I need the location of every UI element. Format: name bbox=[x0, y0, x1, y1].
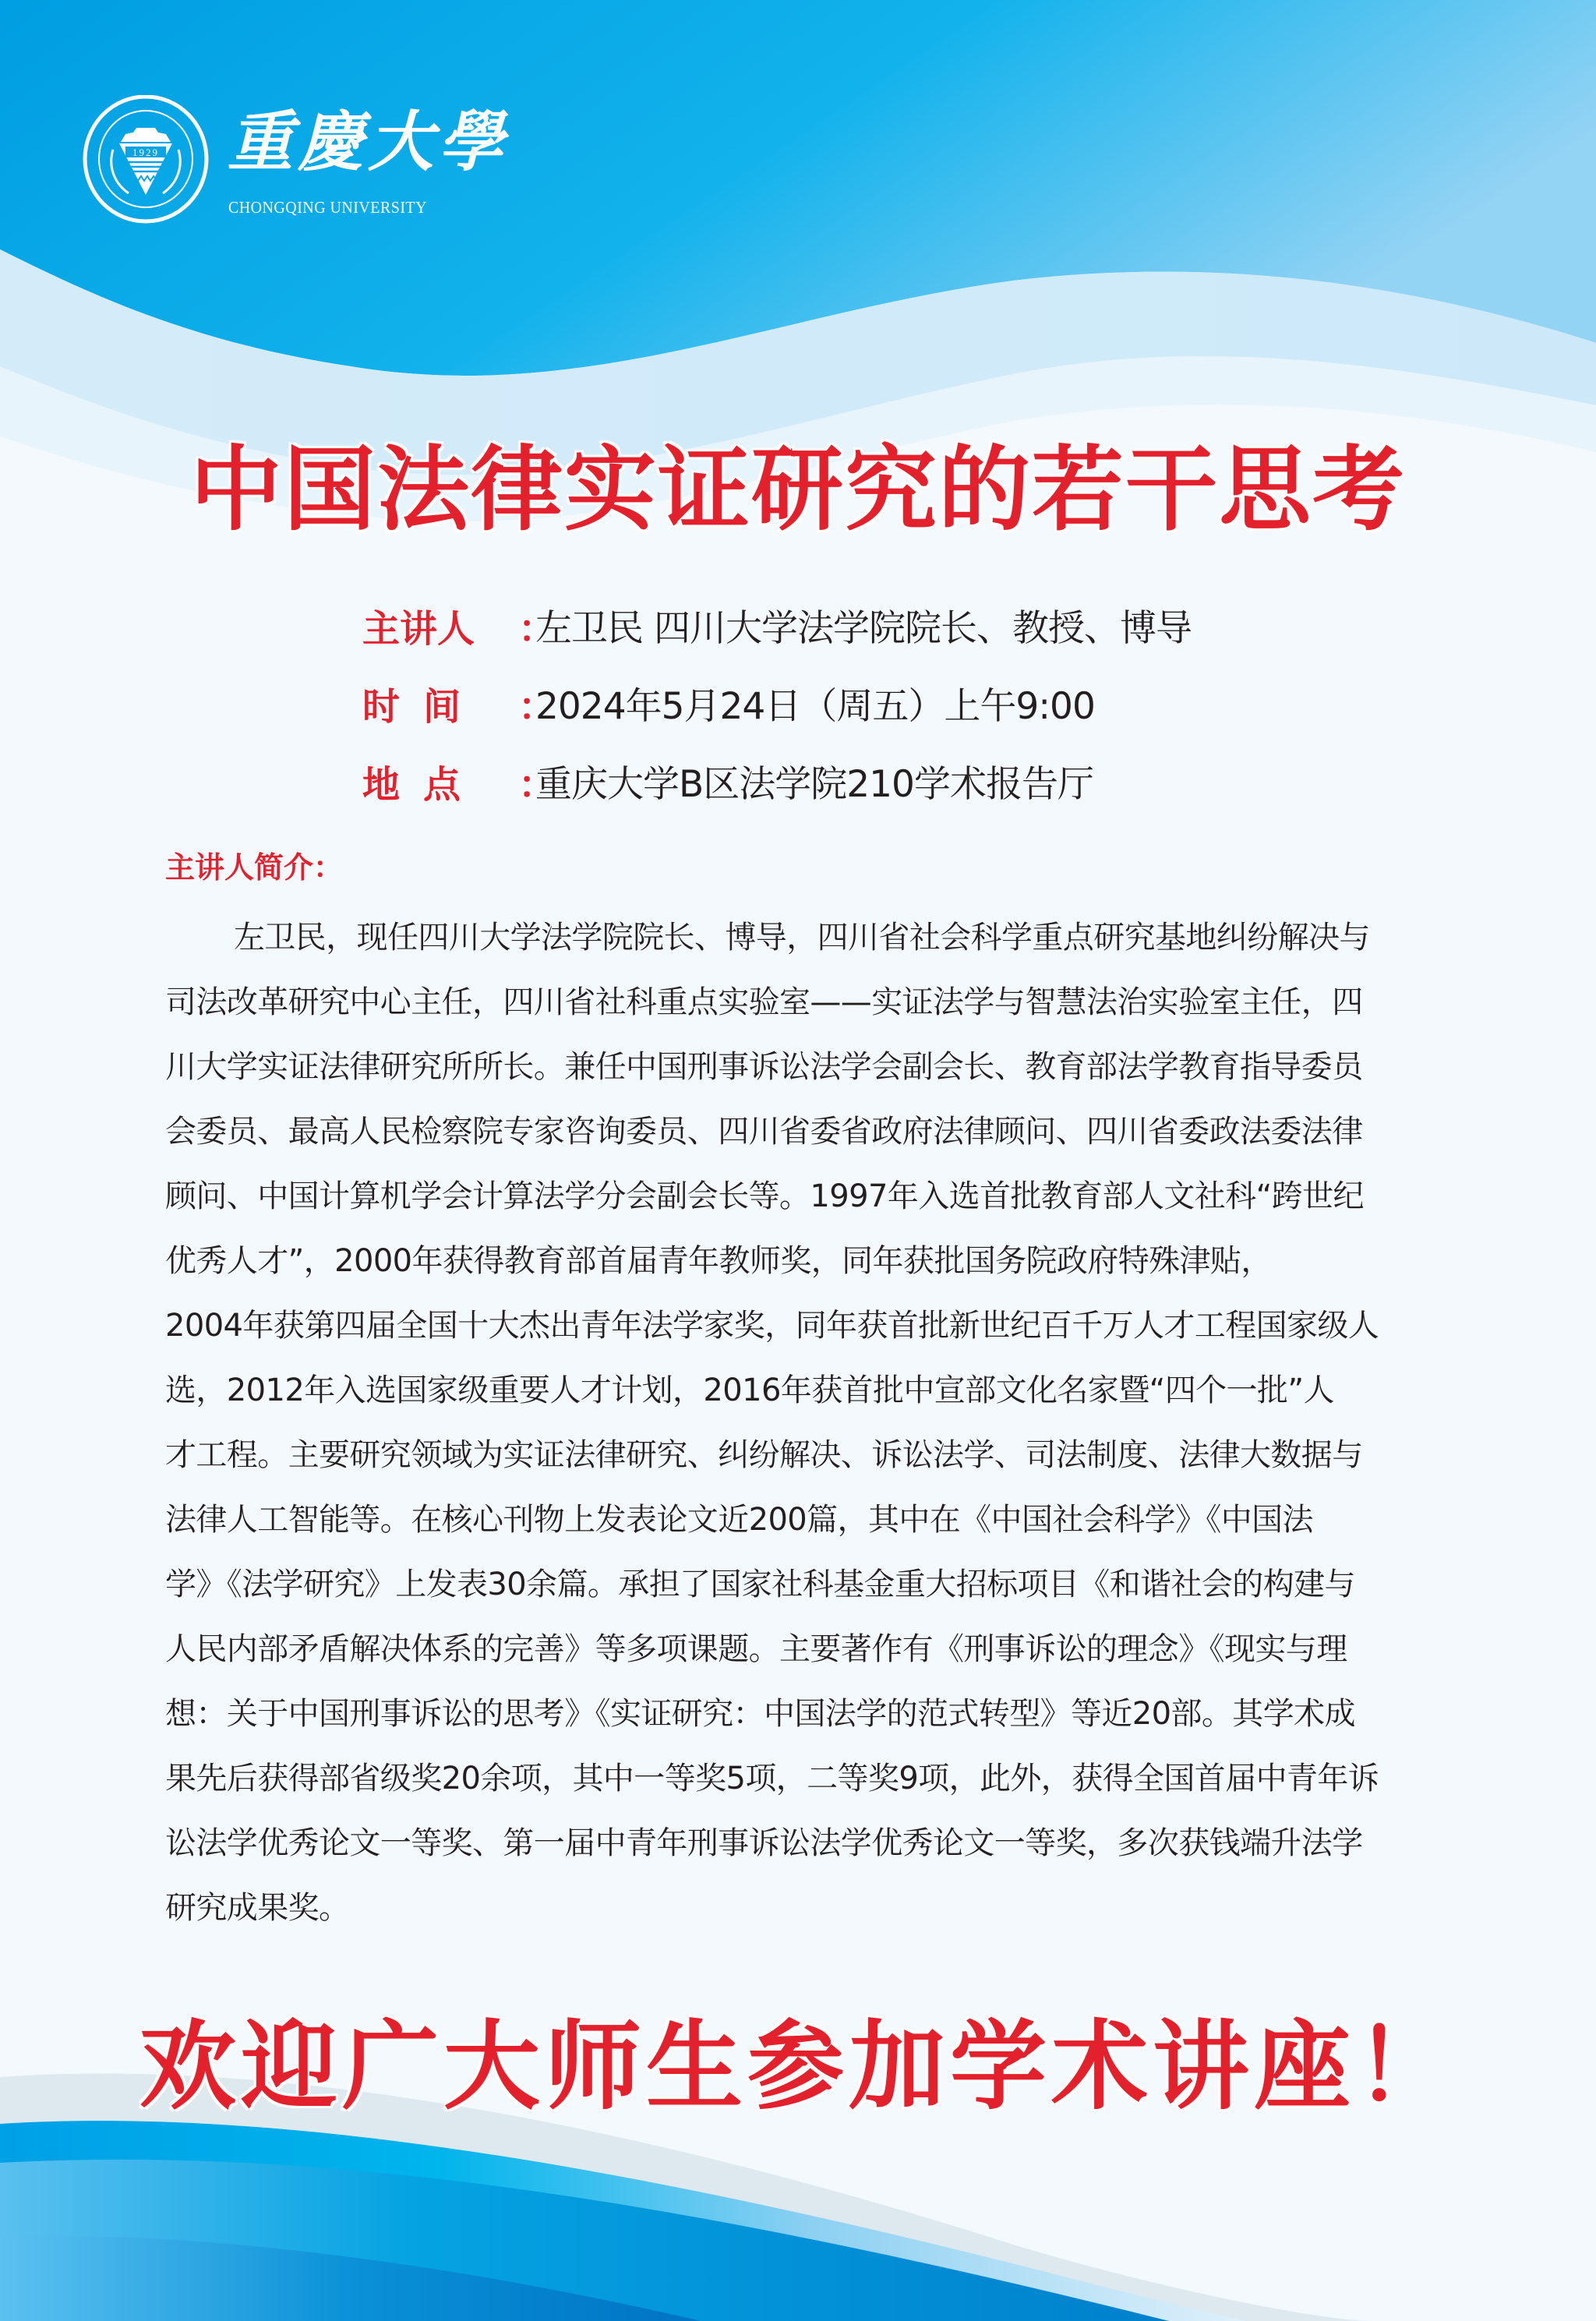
info-value-speaker: 左卫民 四川大学法学院院长、教授、博导 bbox=[535, 599, 1192, 652]
welcome-slogan: 欢迎广大师生参加学术讲座！ bbox=[0, 2005, 1596, 2129]
info-value-time: 2024年5月24日（周五）上午9:00 bbox=[535, 677, 1095, 730]
lecture-info: 主讲人：左卫民 四川大学法学院院长、教授、博导 时间：2024年5月24日（周五… bbox=[362, 586, 1192, 820]
bio-line: 法律人工智能等。在核心刊物上发表论文近200篇，其中在《中国社会科学》《中国法 bbox=[165, 1488, 1432, 1553]
university-seal-icon: 1929 bbox=[82, 95, 210, 224]
bio-line: 会委员、最高人民检察院专家咨询委员、四川省委省政府法律顾问、四川省委政法委法律 bbox=[165, 1100, 1432, 1164]
lecture-title: 中国法律实证研究的若干思考 bbox=[0, 427, 1596, 552]
info-value-location: 重庆大学B区法学院210学术报告厅 bbox=[535, 755, 1093, 807]
university-wordmark-en: CHONGQING UNIVERSITY bbox=[228, 198, 427, 217]
bio-line: 人民内部矛盾解决体系的完善》等多项课题。主要著作有《刑事诉讼的理念》《现实与理 bbox=[165, 1617, 1432, 1682]
info-colon: ： bbox=[518, 754, 535, 808]
speaker-bio: 左卫民，现任四川大学法学院院长、博导，四川省社会科学重点研究基地纠纷解决与 司法… bbox=[165, 906, 1432, 1941]
info-label-speaker: 主讲人 bbox=[362, 599, 518, 652]
info-time: 时间：2024年5月24日（周五）上午9:00 bbox=[362, 664, 1192, 742]
university-logo: 1929 重慶大學 CHONGQING UNIVERSITY bbox=[82, 95, 518, 228]
bio-line: 才工程。主要研究领域为实证法律研究、纠纷解决、诉讼法学、司法制度、法律大数据与 bbox=[165, 1423, 1432, 1488]
info-colon: ： bbox=[518, 677, 535, 730]
info-colon: ： bbox=[518, 599, 535, 652]
info-location: 地点：重庆大学B区法学院210学术报告厅 bbox=[362, 742, 1192, 820]
university-wordmark: 重慶大學 bbox=[228, 109, 508, 175]
svg-text:1929: 1929 bbox=[132, 147, 159, 158]
bio-line: 2004年获第四届全国十大杰出青年法学家奖，同年获首批新世纪百千万人才工程国家级… bbox=[165, 1294, 1432, 1358]
bio-line: 川大学实证法律研究所所长。兼任中国刑事诉讼法学会副会长、教育部法学教育指导委员 bbox=[165, 1035, 1432, 1100]
bio-line: 顾问、中国计算机学会计算法学分会副会长等。1997年入选首批教育部人文社科“跨世… bbox=[165, 1164, 1432, 1229]
info-label-location: 地点 bbox=[362, 754, 518, 808]
bio-line: 选，2012年入选国家级重要人才计划，2016年获首批中宣部文化名家暨“四个一批… bbox=[165, 1358, 1432, 1423]
bio-line: 研究成果奖。 bbox=[165, 1876, 1432, 1941]
bio-heading: 主讲人简介： bbox=[165, 843, 343, 886]
bio-line: 司法改革研究中心主任，四川省社科重点实验室——实证法学与智慧法治实验室主任，四 bbox=[165, 970, 1432, 1035]
bio-line: 想：关于中国刑事诉讼的思考》《实证研究：中国法学的范式转型》等近20部。其学术成 bbox=[165, 1682, 1432, 1747]
bio-line: 学》《法学研究》上发表30余篇。承担了国家社科基金重大招标项目《和谐社会的构建与 bbox=[165, 1553, 1432, 1617]
bio-line: 优秀人才”，2000年获得教育部首届青年教师奖，同年获批国务院政府特殊津贴， bbox=[165, 1229, 1432, 1294]
bio-line: 讼法学优秀论文一等奖、第一届中青年刑事诉讼法学优秀论文一等奖，多次获钱端升法学 bbox=[165, 1811, 1432, 1876]
bio-line: 左卫民，现任四川大学法学院院长、博导，四川省社会科学重点研究基地纠纷解决与 bbox=[165, 906, 1432, 970]
info-label-time: 时间 bbox=[362, 677, 518, 730]
bio-line: 果先后获得部省级奖20余项，其中一等奖5项，二等奖9项，此外，获得全国首届中青年… bbox=[165, 1747, 1432, 1811]
info-speaker: 主讲人：左卫民 四川大学法学院院长、教授、博导 bbox=[362, 586, 1192, 664]
